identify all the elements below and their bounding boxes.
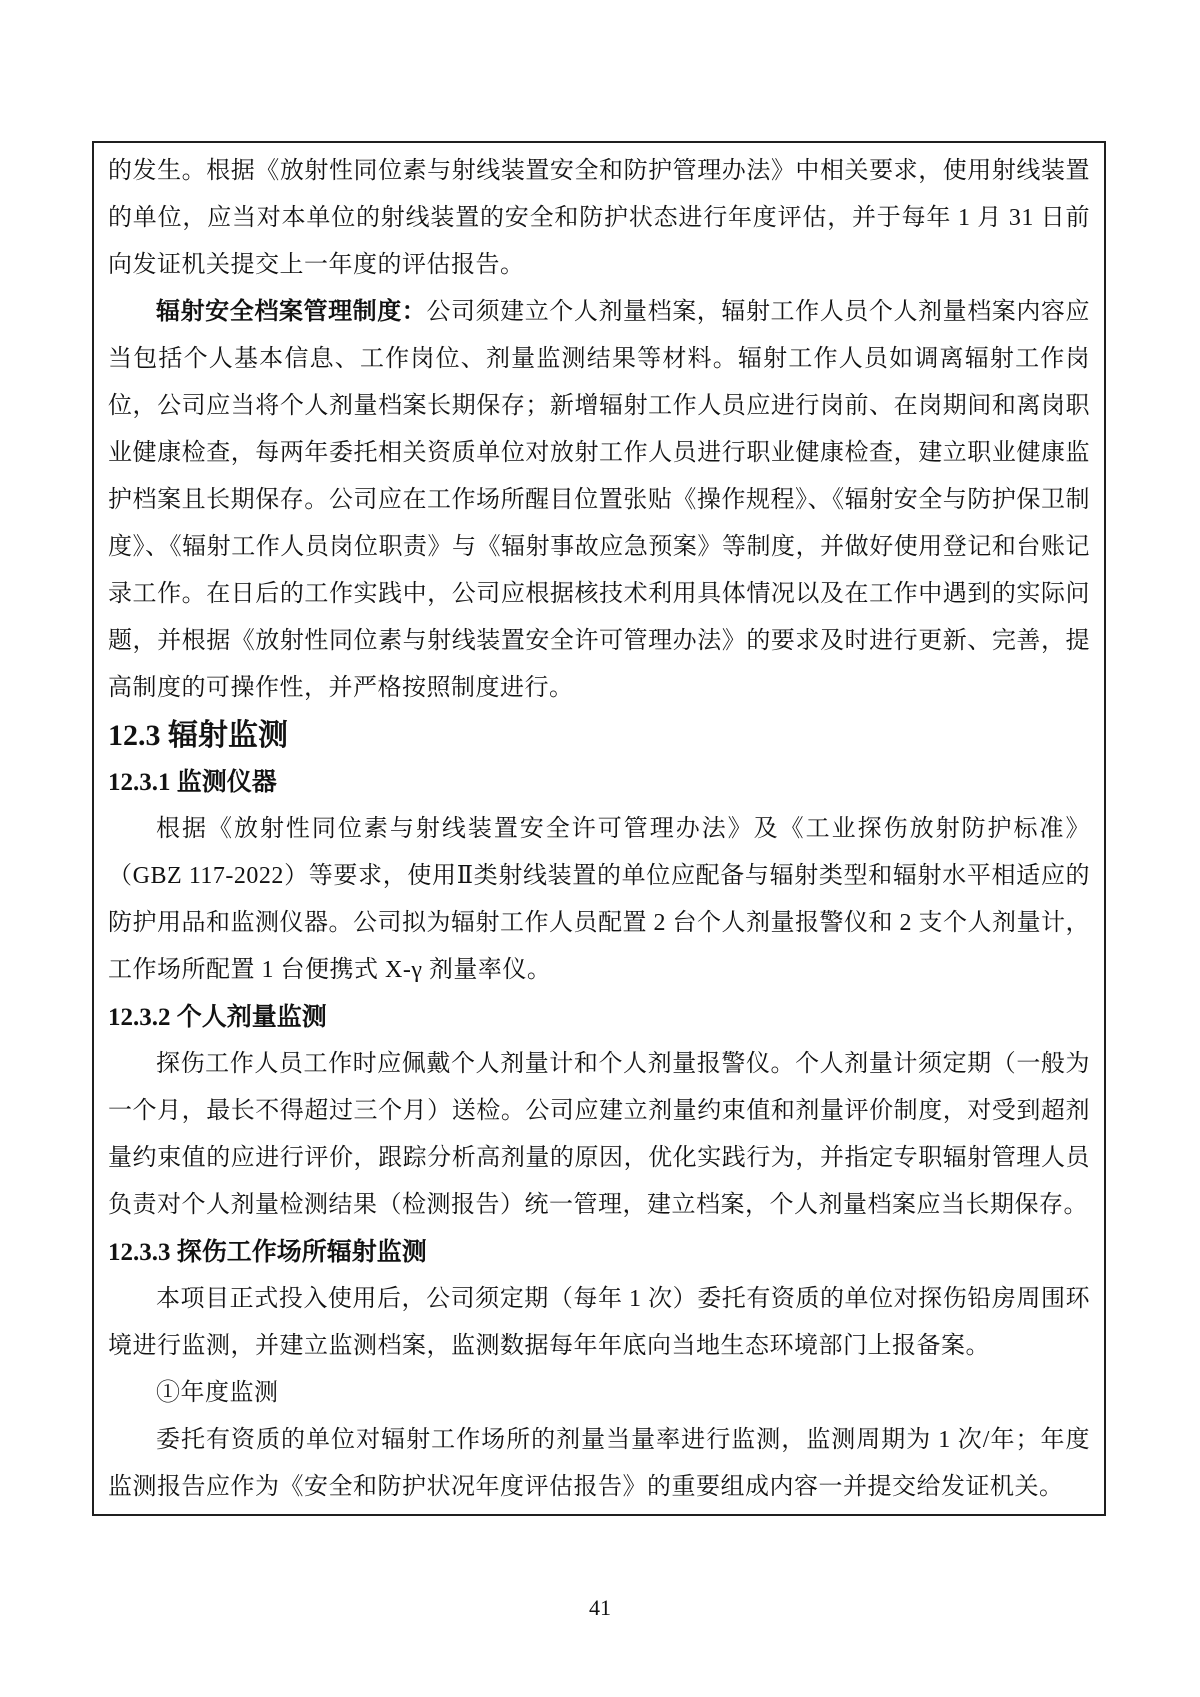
- paragraph: 根据《放射性同位素与射线装置安全许可管理办法》及《工业探伤放射防护标准》（GBZ…: [108, 806, 1090, 994]
- section-heading-l3: 12.3.2 个人剂量监测: [108, 994, 1090, 1041]
- content-box: 的发生。根据《放射性同位素与射线装置安全和防护管理办法》中相关要求，使用射线装置…: [92, 141, 1106, 1516]
- section-heading-l3: 12.3.1 监测仪器: [108, 759, 1090, 806]
- paragraph: 的发生。根据《放射性同位素与射线装置安全和防护管理办法》中相关要求，使用射线装置…: [108, 148, 1090, 289]
- paragraph: 本项目正式投入使用后，公司须定期（每年 1 次）委托有资质的单位对探伤铅房周围环…: [108, 1276, 1090, 1370]
- document-page: { "document": { "blocks": [ { "type": "p…: [0, 0, 1200, 1697]
- paragraph: ①年度监测: [108, 1370, 1090, 1417]
- section-heading-l3: 12.3.3 探伤工作场所辐射监测: [108, 1229, 1090, 1276]
- page-number: 41: [0, 1593, 1200, 1623]
- paragraph: 探伤工作人员工作时应佩戴个人剂量计和个人剂量报警仪。个人剂量计须定期（一般为一个…: [108, 1041, 1090, 1229]
- paragraph-bold-lead: 辐射安全档案管理制度：: [156, 299, 426, 325]
- paragraph: 委托有资质的单位对辐射工作场所的剂量当量率进行监测，监测周期为 1 次/年；年度…: [108, 1417, 1090, 1511]
- section-heading-l2: 12.3 辐射监测: [108, 712, 1090, 759]
- paragraph: 辐射安全档案管理制度：公司须建立个人剂量档案，辐射工作人员个人剂量档案内容应当包…: [108, 289, 1090, 712]
- paragraph-text: 公司须建立个人剂量档案，辐射工作人员个人剂量档案内容应当包括个人基本信息、工作岗…: [108, 299, 1090, 701]
